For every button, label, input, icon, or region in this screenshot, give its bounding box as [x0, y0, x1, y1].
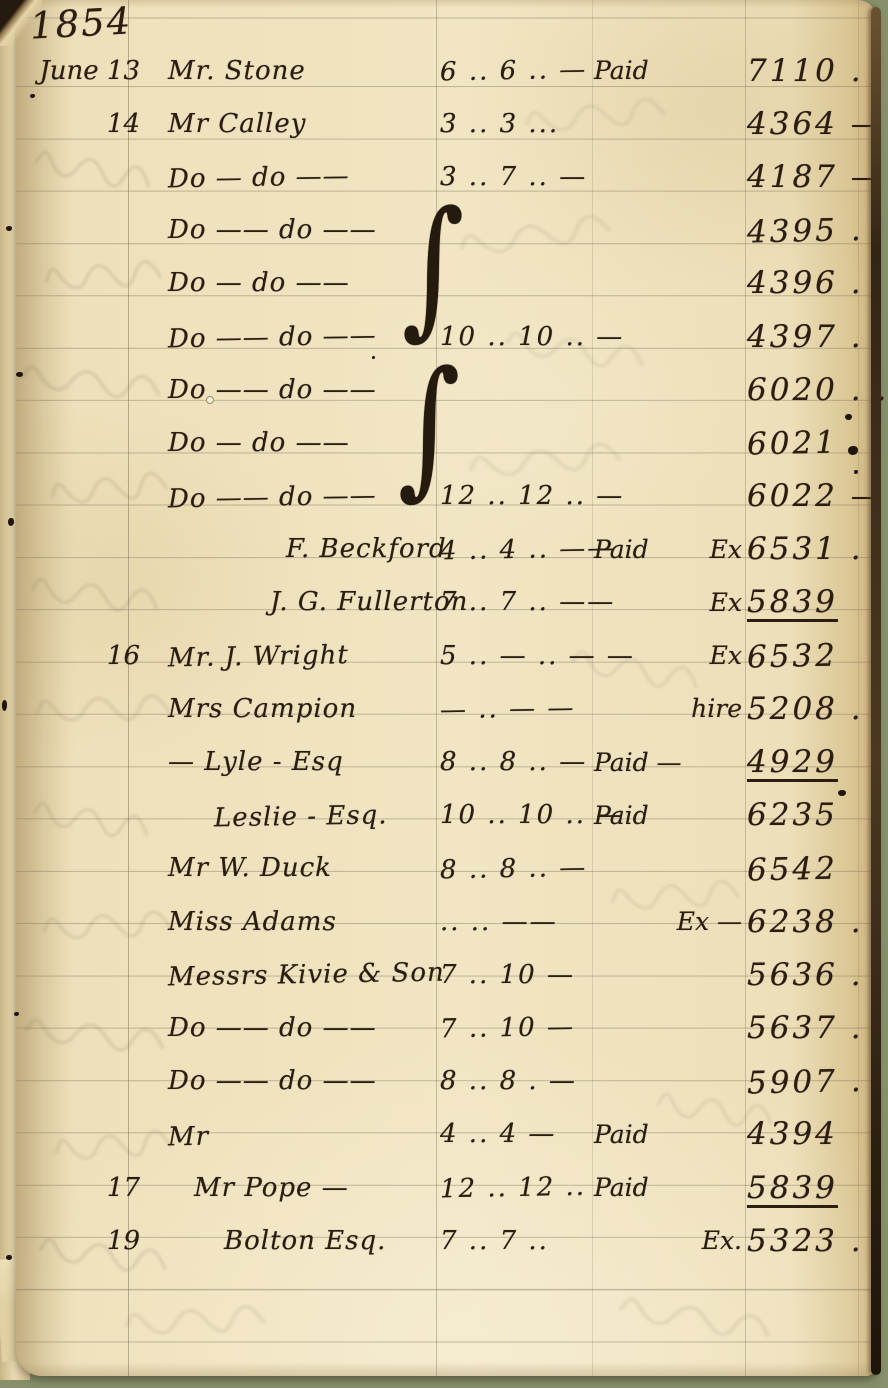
entry-name: Do — do —— — [168, 257, 438, 310]
ledger-entry-row: J. G. Fullerton 7 .. 7 .. —— Ex 5839 — [16, 576, 876, 629]
entry-date: 16 — [22, 629, 154, 682]
entry-date: June 13 — [22, 44, 154, 97]
entry-name: Miss Adams — [168, 895, 438, 948]
entry-mark: Ex — [680, 629, 742, 682]
ledger-entry-row: Do —— do —— 7 .. 10 — 5637 . — [16, 1001, 876, 1054]
ledger-book: 1854 June 13 Mr. Stone 6 .. 6 .. — Paid … — [0, 0, 888, 1388]
entry-name: Mr Pope — — [194, 1161, 464, 1214]
ledger-page: 1854 June 13 Mr. Stone 6 .. 6 .. — Paid … — [16, 0, 876, 1376]
entry-date — [22, 1001, 154, 1054]
worm-hole — [206, 396, 214, 404]
entry-mark — [680, 310, 742, 363]
entry-mark: Ex — — [680, 895, 742, 948]
entry-amount: 3 .. 3 ... — [440, 97, 592, 150]
entry-amount: 7 .. 7 .. — [440, 1214, 592, 1267]
entry-mark — [680, 1161, 742, 1214]
entry-serial-number: 4395 . — [746, 202, 885, 258]
entry-amount: 7 .. 10 — — [440, 948, 592, 1001]
entry-date — [22, 204, 154, 257]
entry-serial-number: 6531 . — [747, 523, 885, 576]
ledger-entry-row: Do —— do —— 6020 . . — [16, 363, 876, 416]
entry-amount: 10 .. 10 .. — — [440, 789, 592, 842]
entry-serial-number: 5839 — [747, 1161, 885, 1214]
entry-name: Mrs Campion — [168, 682, 438, 735]
entry-mark — [680, 1108, 742, 1161]
entry-amount: 10 .. 10 .. — — [440, 310, 592, 363]
ledger-entry-row: Mr W. Duck 8 .. 8 .. — 6542 — [16, 842, 876, 895]
ledger-entry-row: Messrs Kivie & Son 7 .. 10 — 5636 . — [16, 948, 876, 1001]
entry-date — [22, 895, 154, 948]
entry-amount: 8 .. 8 . — — [440, 1055, 592, 1108]
ledger-entry-row: Do —— do —— 4395 . — [16, 204, 876, 257]
entry-amount: 4 .. 4 — — [440, 1108, 592, 1161]
entry-date — [22, 789, 154, 842]
entry-serial-number: 5208 . — [747, 682, 885, 735]
book-fore-edge — [871, 7, 881, 1375]
entry-mark — [680, 470, 742, 523]
entry-serial-number: 5907 . — [746, 1053, 885, 1109]
entry-amount: 3 .. 7 .. — — [440, 150, 592, 203]
entry-name: Do — do —— — [168, 148, 439, 206]
ledger-entry-row: Leslie - Esq. 10 .. 10 .. — Paid 6235 — [16, 789, 876, 842]
entry-amount: 12 .. 12 .. — [440, 1160, 593, 1216]
ink-bleed-mark — [616, 1289, 776, 1348]
entry-name: Do —— do —— — [168, 308, 439, 366]
entry-serial-number: 6542 — [746, 840, 885, 896]
entry-date — [22, 1108, 154, 1161]
entry-amount: 6 .. 6 .. — — [440, 43, 593, 99]
entry-date — [22, 257, 154, 310]
entry-date: 19 — [22, 1214, 154, 1267]
entry-mark — [680, 789, 742, 842]
ledger-entry-row: Do — do —— 3 .. 7 .. — 4187 — — [16, 150, 876, 203]
entry-amount: — .. — — — [440, 681, 593, 737]
entry-amount: 12 .. 12 .. — — [440, 470, 592, 523]
entry-amount — [440, 202, 593, 258]
entry-name: Do —— do —— — [168, 363, 438, 416]
entry-mark: Ex. — [680, 1214, 742, 1267]
ledger-entry-row: — Lyle - Esq 8 .. 8 .. — Paid — 4929 — [16, 735, 876, 788]
entry-mark: Ex — [680, 576, 742, 629]
entry-name: Do — do —— — [168, 416, 438, 469]
ledger-entry-row: Do —— do —— 8 .. 8 . — 5907 . — [16, 1055, 876, 1108]
entry-amount: 7 .. 10 — — [440, 1000, 593, 1056]
entry-amount: .. .. —— — [440, 895, 592, 948]
entry-date — [22, 948, 154, 1001]
entry-date — [22, 363, 154, 416]
ledger-entry-row: Mrs Campion — .. — — hire 5208 . — [16, 682, 876, 735]
entry-name: Do —— do —— — [168, 1001, 438, 1054]
entry-date: 17 — [22, 1161, 154, 1214]
entry-name: Messrs Kivie & Son — [168, 946, 439, 1004]
entry-mark — [680, 150, 742, 203]
entry-name: Do —— do —— — [168, 467, 439, 525]
entry-date — [22, 150, 154, 203]
entry-mark — [680, 1055, 742, 1108]
entry-date — [22, 735, 154, 788]
ledger-entry-row: Do —— do —— 10 .. 10 .. — 4397 . — [16, 310, 876, 363]
entry-amount — [440, 257, 592, 310]
entry-mark — [680, 257, 742, 310]
entry-mark — [680, 204, 742, 257]
entry-serial-number: 7110 . — [747, 44, 885, 97]
entry-mark — [680, 1001, 742, 1054]
entry-date — [22, 310, 154, 363]
entry-serial-number: 6532 — [746, 628, 885, 684]
entry-date — [22, 470, 154, 523]
entry-serial-number: 5637 . — [747, 1001, 885, 1054]
entry-mark — [680, 416, 742, 469]
entry-amount: 8 .. 8 .. — — [440, 735, 592, 788]
year-heading: 1854 — [29, 0, 133, 48]
entry-name: Do —— do —— — [168, 1055, 438, 1108]
entry-date — [22, 576, 154, 629]
entry-serial-number: 6022 — — [747, 470, 885, 523]
entry-mark — [680, 363, 742, 416]
entry-date — [22, 682, 154, 735]
ledger-entry-row: Do —— do —— 12 .. 12 .. — 6022 — — [16, 470, 876, 523]
entry-name: Mr — [168, 1105, 439, 1163]
entry-mark — [680, 97, 742, 150]
ledger-entry-row: F. Beckford 4 .. 4 .. —— Paid Ex 6531 . — [16, 523, 876, 576]
entry-amount — [440, 416, 592, 469]
entry-mark: Ex — [680, 523, 742, 576]
entry-serial-number: 6021 — [746, 415, 885, 471]
entry-date — [22, 416, 154, 469]
ink-bleed-mark — [123, 1294, 270, 1346]
entry-serial-number: 6020 . . — [747, 363, 885, 416]
ledger-entry-row: 17 Mr Pope — 12 .. 12 .. Paid 5839 — [16, 1161, 876, 1214]
entry-amount — [440, 362, 593, 418]
ledger-entry-row: Miss Adams .. .. —— Ex — 6238 . — [16, 895, 876, 948]
entry-date: 14 — [22, 97, 154, 150]
scan-backdrop: { "page": { "year": "1854", "entries": [… — [0, 0, 888, 1388]
entry-name: Do —— do —— — [168, 204, 438, 257]
entry-amount: 4 .. 4 .. —— — [440, 521, 593, 577]
entry-mark — [680, 735, 742, 788]
entry-amount: 5 .. — .. — — — [440, 629, 592, 682]
entry-serial-number: 5636 . — [747, 948, 885, 1001]
entry-serial-number: 4187 — — [747, 150, 885, 203]
entry-mark — [680, 842, 742, 895]
ledger-entry-row: Mr 4 .. 4 — Paid 4394 — [16, 1108, 876, 1161]
entry-mark — [680, 948, 742, 1001]
entry-mark — [680, 44, 742, 97]
ledger-entry-row: June 13 Mr. Stone 6 .. 6 .. — Paid 7110 … — [16, 44, 876, 97]
entry-date — [22, 1055, 154, 1108]
entry-name: — Lyle - Esq — [168, 735, 438, 788]
entry-name: Mr W. Duck — [168, 842, 438, 895]
ledger-entries: June 13 Mr. Stone 6 .. 6 .. — Paid 7110 … — [16, 44, 876, 1267]
ledger-entry-row: Do — do —— 6021 — [16, 416, 876, 469]
entry-amount: 8 .. 8 .. — — [440, 840, 593, 896]
entry-serial-number: 5839 — [747, 576, 885, 629]
entry-name: Mr Calley — [168, 97, 438, 150]
entry-serial-number: 4397 . — [747, 310, 885, 363]
entry-date — [22, 842, 154, 895]
entry-serial-number: 5323 . — [747, 1214, 885, 1267]
entry-name: Mr. J. Wright — [168, 627, 439, 685]
entry-serial-number: 6235 — [747, 789, 885, 842]
entry-serial-number: 4364 — — [747, 97, 885, 150]
entry-serial-number: 4929 — [747, 735, 885, 788]
entry-amount: 7 .. 7 .. —— — [440, 576, 592, 629]
entry-serial-number: 4396 . — [747, 257, 885, 310]
entry-name: Mr. Stone — [168, 44, 438, 97]
entry-serial-number: 6238 . — [747, 895, 885, 948]
ledger-entry-row: Do — do —— 4396 . — [16, 257, 876, 310]
entry-date — [22, 523, 154, 576]
entry-mark: hire — [680, 682, 742, 735]
entry-serial-number: 4394 — [747, 1108, 885, 1161]
ledger-entry-row: 19 Bolton Esq. 7 .. 7 .. Ex. 5323 . — [16, 1214, 876, 1267]
ledger-entry-row: 16 Mr. J. Wright 5 .. — .. — — Ex 6532 — [16, 629, 876, 682]
ledger-entry-row: 14 Mr Calley 3 .. 3 ... 4364 — — [16, 97, 876, 150]
